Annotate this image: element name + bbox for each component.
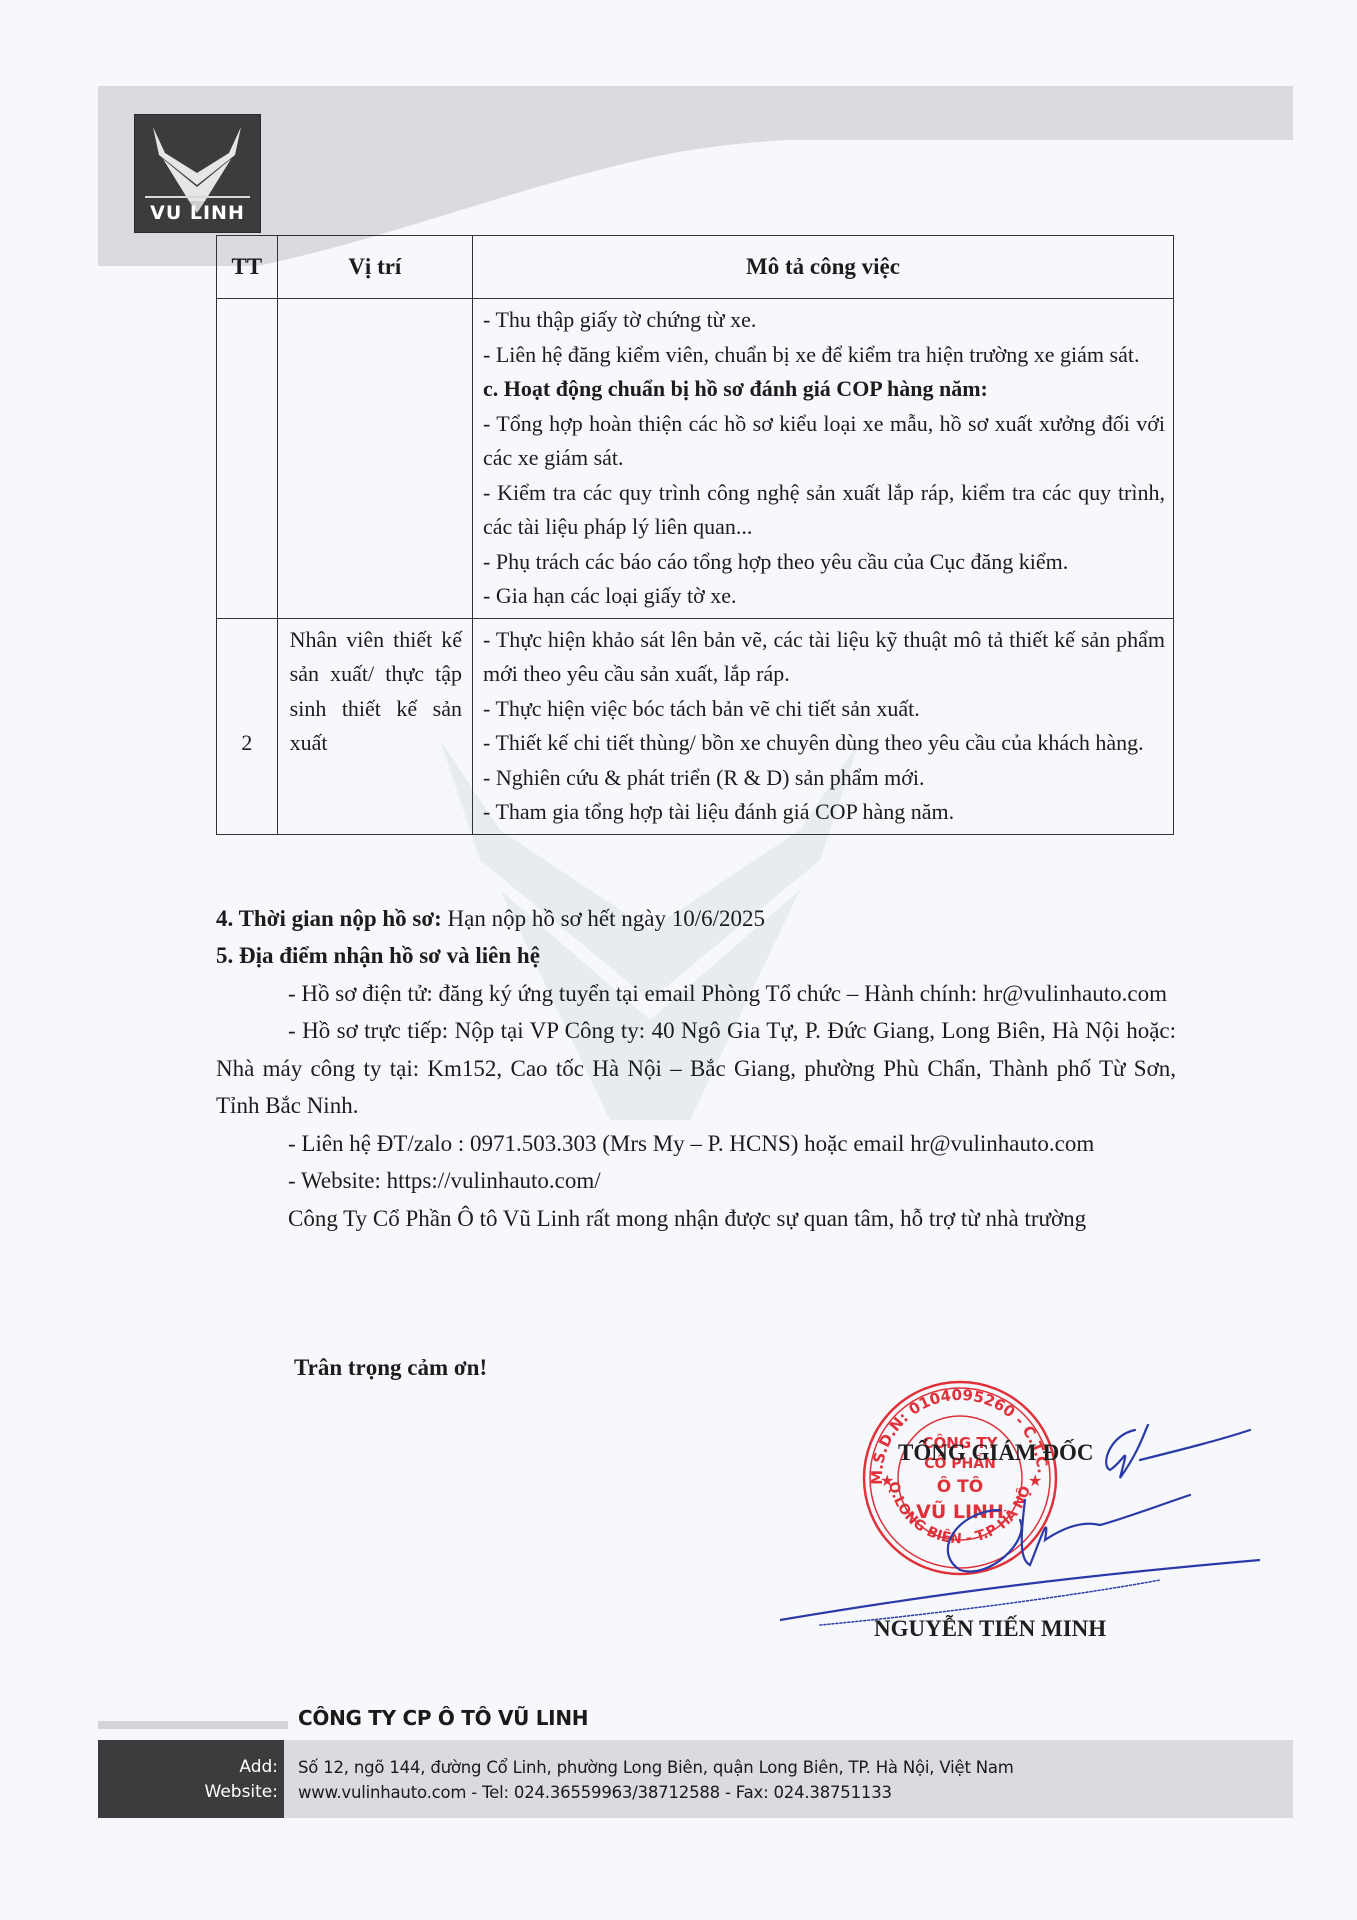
logo-rule [145, 196, 250, 198]
footer-address: Số 12, ngõ 144, đường Cổ Linh, phường Lo… [298, 1755, 1014, 1780]
section-4-text: Hạn nộp hồ sơ hết ngày 10/6/2025 [442, 906, 765, 931]
company-logo: VU LINH [134, 114, 261, 233]
contact-item-website: - Website: https://vulinhauto.com/ [216, 1162, 1176, 1200]
section-4-title: 4. Thời gian nộp hồ sơ: [216, 906, 442, 931]
description-line: - Tham gia tổng hợp tài liệu đánh giá CO… [483, 795, 1165, 830]
description-line: - Gia hạn các loại giấy tờ xe. [483, 579, 1165, 614]
description-line: - Liên hệ đăng kiểm viên, chuẩn bị xe để… [483, 338, 1165, 373]
header-description: Mô tả công việc [473, 236, 1174, 299]
description-line: c. Hoạt động chuẩn bị hồ sơ đánh giá COP… [483, 372, 1165, 407]
table-row: - Thu thập giấy tờ chứng từ xe.- Liên hệ… [217, 299, 1174, 619]
job-description-table: TT Vị trí Mô tả công việc - Thu thập giấ… [216, 235, 1174, 835]
contact-item-phone: - Liên hệ ĐT/zalo : 0971.503.303 (Mrs My… [216, 1125, 1176, 1163]
row-position [277, 299, 472, 619]
handwritten-signature-icon [780, 1390, 1260, 1630]
footer-values: Số 12, ngõ 144, đường Cổ Linh, phường Lo… [298, 1755, 1014, 1805]
row-tt [217, 299, 278, 619]
footer-rule [98, 1721, 288, 1729]
table-row: 2Nhân viên thiết kế sản xuất/ thực tập s… [217, 618, 1174, 834]
description-line: - Kiểm tra các quy trình công nghệ sản x… [483, 476, 1165, 545]
footer-contact: www.vulinhauto.com - Tel: 024.36559963/3… [298, 1780, 1014, 1805]
footer-add-label: Add: [98, 1755, 278, 1780]
description-line: - Phụ trách các báo cáo tổng hợp theo yê… [483, 545, 1165, 580]
header-position: Vị trí [277, 236, 472, 299]
section-4: 4. Thời gian nộp hồ sơ: Hạn nộp hồ sơ hế… [216, 900, 1176, 938]
description-line: - Thiết kế chi tiết thùng/ bồn xe chuyên… [483, 726, 1165, 761]
footer-labels: Add: Website: [98, 1755, 278, 1805]
row-description: - Thực hiện khảo sát lên bản vẽ, các tài… [473, 618, 1174, 834]
row-description: - Thu thập giấy tờ chứng từ xe.- Liên hệ… [473, 299, 1174, 619]
logo-text: VU LINH [135, 202, 260, 224]
table-header-row: TT Vị trí Mô tả công việc [217, 236, 1174, 299]
row-tt: 2 [217, 618, 278, 834]
footer-company-name: CÔNG TY CP Ô TÔ VŨ LINH [298, 1706, 588, 1730]
signatory-name: NGUYỄN TIẾN MINH [874, 1616, 1106, 1642]
contact-item-email: - Hồ sơ điện tử: đăng ký ứng tuyển tại e… [216, 975, 1176, 1013]
description-line: - Nghiên cứu & phát triển (R & D) sản ph… [483, 761, 1165, 796]
description-line: - Tổng hợp hoàn thiện các hồ sơ kiểu loạ… [483, 407, 1165, 476]
section-5-title: 5. Địa điểm nhận hồ sơ và liên hệ [216, 937, 1176, 975]
closing-thanks: Trân trọng cảm ơn! [294, 1355, 487, 1381]
row-position: Nhân viên thiết kế sản xuất/ thực tập si… [277, 618, 472, 834]
footer-website-label: Website: [98, 1780, 278, 1805]
closing-paragraph: Công Ty Cổ Phần Ô tô Vũ Linh rất mong nh… [216, 1200, 1176, 1238]
description-line: - Thực hiện khảo sát lên bản vẽ, các tài… [483, 623, 1165, 692]
description-line: - Thực hiện việc bóc tách bản vẽ chi tiế… [483, 692, 1165, 727]
contact-item-address: - Hồ sơ trực tiếp: Nộp tại VP Công ty: 4… [216, 1012, 1176, 1125]
description-line: - Thu thập giấy tờ chứng từ xe. [483, 303, 1165, 338]
section-5: 5. Địa điểm nhận hồ sơ và liên hệ - Hồ s… [216, 937, 1176, 1237]
header-tt: TT [217, 236, 278, 299]
